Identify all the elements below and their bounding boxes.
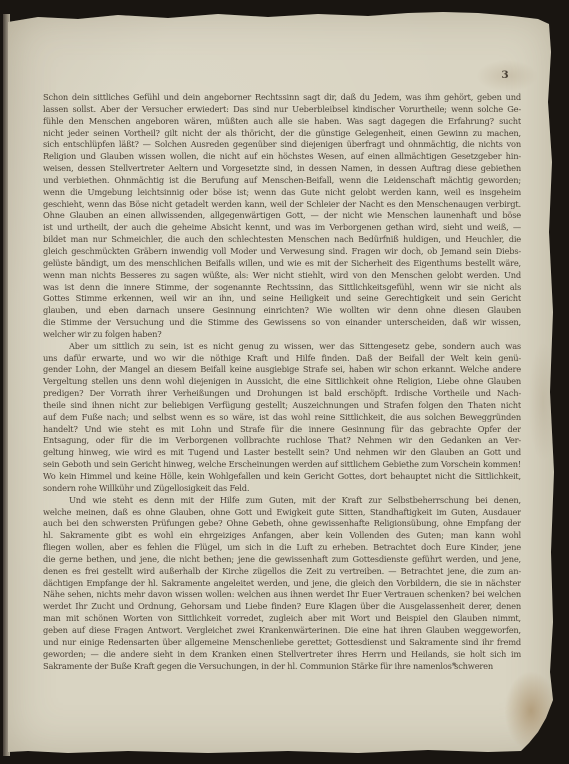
text-line: was ist denn die innere Stimme, der soge… — [43, 282, 521, 294]
text-line: bildet man nur Schmeichler, die auch den… — [43, 234, 521, 246]
text-line: auf dem Fuße nach; und selbst wenn es so… — [43, 412, 521, 424]
text-line: Aber um sittlich zu sein, ist es nicht g… — [43, 341, 521, 353]
text-line: geltung hinweg, wie wird es mit Tugend u… — [43, 447, 521, 459]
text-line: sondern rohe Willkühr und Zügellosigkeit… — [43, 483, 521, 495]
text-line: sein Geboth und sein Gericht hinweg, wel… — [43, 459, 521, 471]
text-line: dächtigen Empfange der hl. Sakramente an… — [43, 578, 521, 590]
paragraph: Und wie steht es denn mit der Hilfe zum … — [43, 495, 521, 673]
text-line: gleich geschmückten Gräbern inwendig vol… — [43, 246, 521, 258]
paragraph: Schon dein sittliches Gefühl und dein an… — [43, 92, 521, 341]
text-line: auch bei den schwersten Prüfungen gebe? … — [43, 518, 521, 530]
text-line: gelüste bändigt, um des menschlichen Bei… — [43, 258, 521, 270]
text-line: fühle den Menschen angeboren wären, müßt… — [43, 116, 521, 128]
text-line: lassen sollst. Aber der Versucher erwied… — [43, 104, 521, 116]
text-line: geben auf diese Fragen Antwort. Vergleic… — [43, 625, 521, 637]
paper-stain-bottom — [505, 672, 557, 750]
text-line: wenn die Umgebung leichtsinnig oder böse… — [43, 187, 521, 199]
text-line: Nähe sehen, nichts mehr davon wissen wol… — [43, 589, 521, 601]
page-text: Schon dein sittliches Gefühl und dein an… — [43, 92, 521, 672]
text-line: Und wie steht es denn mit der Hilfe zum … — [43, 495, 521, 507]
page-number: 3 — [493, 69, 517, 81]
text-line: ist und urtheilt, der auch die geheime A… — [43, 222, 521, 234]
paragraph: Aber um sittlich zu sein, ist es nicht g… — [43, 341, 521, 495]
text-line: nicht jeder seinen Vortheil? gilt nicht … — [43, 128, 521, 140]
signature-asterisk: * — [444, 662, 464, 672]
text-line: geworden; — die andere sieht in dem Kran… — [43, 649, 521, 661]
text-line: theile sind ihnen nicht zur beliebigen V… — [43, 400, 521, 412]
text-line: geschieht, wenn das Böse nicht getadelt … — [43, 199, 521, 211]
text-line: welche meinen, daß es ohne Glauben, ohne… — [43, 507, 521, 519]
text-line: Schon dein sittliches Gefühl und dein an… — [43, 92, 521, 104]
text-line: wenn man nichts Besseres zu sagen wüßte,… — [43, 270, 521, 282]
paper-stain-edge — [528, 342, 558, 462]
text-line: und verbiethen. Ohnmächtig ist die Beruf… — [43, 175, 521, 187]
text-line: glauben, und eben darnach unsere Gesinnu… — [43, 305, 521, 317]
text-line: welcher wir zu folgen haben? — [43, 329, 521, 341]
text-line: weisen, dessen Stellvertreter Aeltern un… — [43, 163, 521, 175]
text-line: predigen? Der Vorrath ihrer Verheißungen… — [43, 388, 521, 400]
text-line: Ohne Glauben an einen allwissenden, allg… — [43, 210, 521, 222]
text-line: sich entschlüpfen läßt? — Solchen Ausred… — [43, 139, 521, 151]
text-line: Wo kein Himmel und keine Hölle, kein Woh… — [43, 471, 521, 483]
text-line: Gottes Stimme erkennen, weil wir an ihn,… — [43, 293, 521, 305]
text-line: denen es frei gestellt wird außerhalb de… — [43, 566, 521, 578]
text-line: fliegen wollen, aber es fehlen die Flüge… — [43, 542, 521, 554]
text-line: gender Lohn, der Mangel an diesem Beifal… — [43, 364, 521, 376]
text-line: die gerne bethen, und jene, die nicht be… — [43, 554, 521, 566]
text-line: werdet Ihr Zucht und Ordnung, Gehorsam u… — [43, 601, 521, 613]
book-page: 3 Schon dein sittliches Gefühl und dein … — [8, 12, 554, 753]
text-line: und nur einige Redensarten über allgemei… — [43, 637, 521, 649]
text-line: uns dafür erwarte, und wo wir die nöthig… — [43, 353, 521, 365]
text-line: Religion und Glauben wissen wollen, die … — [43, 151, 521, 163]
text-line: man mit schönen Worten von Sittlichkeit … — [43, 613, 521, 625]
text-line: Vergeltung stellen uns denn wohl diejeni… — [43, 376, 521, 388]
text-line: handelt? Und wie steht es mit Lohn und S… — [43, 424, 521, 436]
text-line: die Stimme der Versuchung und die Stimme… — [43, 317, 521, 329]
text-line: Entsagung, oder für die im Verborgenen v… — [43, 435, 521, 447]
text-line: hl. Sakramente gibt es wohl ein ehrgeizi… — [43, 530, 521, 542]
